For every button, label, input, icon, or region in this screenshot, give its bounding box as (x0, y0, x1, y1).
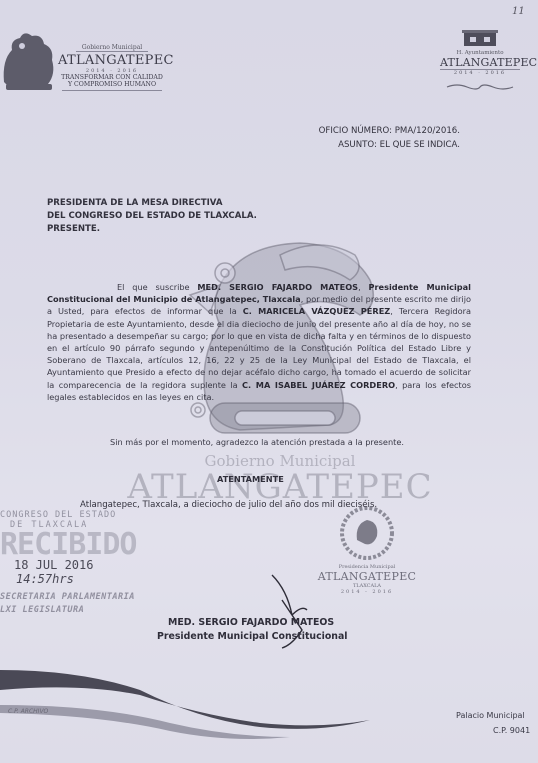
signatory-title: Presidente Municipal Constitucional (157, 631, 348, 642)
page-number-mark: 11 (512, 6, 525, 17)
cc-archive: C.P. ARCHIVO (8, 708, 48, 715)
footer-address: Palacio Municipal (456, 711, 525, 720)
letter-page: Gobierno Municipal ATLANGATEPEC 11 Gobie… (0, 0, 538, 763)
town-hall-icon (460, 30, 500, 46)
header-logo-left: Gobierno Municipal ATLANGATEPEC 2014 · 2… (58, 34, 166, 91)
official-seal: Presidencia Municipal ATLANGATEPEC TLAXC… (292, 506, 442, 595)
oficio-number: OFICIO NÚMERO: PMA/120/2016. (319, 126, 460, 136)
pre-hispanic-glyph-icon (0, 30, 58, 92)
mexican-coat-of-arms-icon (339, 506, 395, 560)
footer-postal-code: C.P. 9041 (493, 726, 530, 735)
atentamente-label: ATENTAMENTE (217, 474, 284, 484)
stamp-time: 14:57hrs (16, 572, 74, 586)
signatory-name: MED. SERGIO FAJARDO MATEOS (168, 617, 334, 628)
stamp-date: 18 JUL 2016 (14, 558, 93, 572)
closing-sentence: Sin más por el momento, agradezco la ate… (110, 437, 404, 447)
header-logo-right: H. Ayuntamiento ATLANGATEPEC 2014 · 2016 (440, 30, 520, 95)
footer-swoosh-graphic (0, 665, 380, 745)
body-paragraph: El que suscribe MED. SERGIO FAJARDO MATE… (47, 281, 471, 403)
addressee-block: PRESIDENTA DE LA MESA DIRECTIVA DEL CONG… (47, 197, 257, 236)
asunto-line: ASUNTO: EL QUE SE INDICA. (338, 140, 460, 150)
ornament-flourish-icon (445, 83, 515, 91)
received-stamp: CONGRESO DEL ESTADO DE TLAXCALA RECIBIDO… (0, 510, 135, 560)
